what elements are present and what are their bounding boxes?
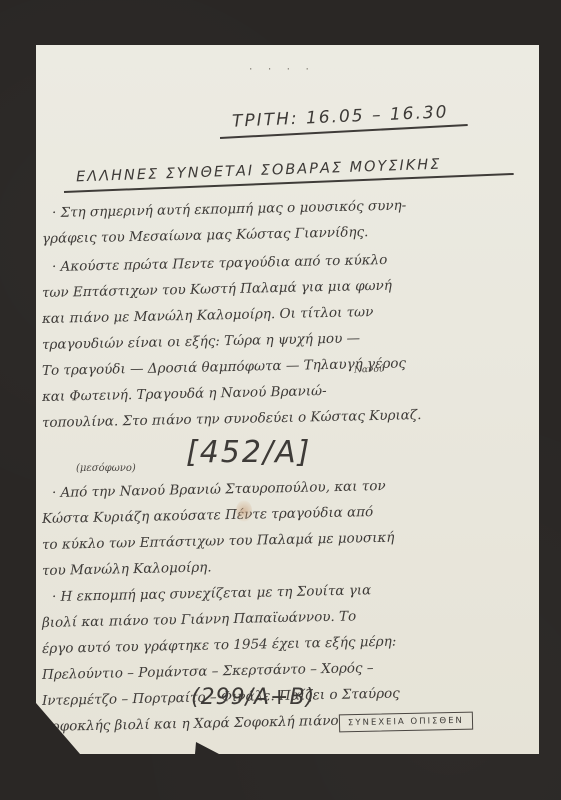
text-line: Κώστα Κυριάζη ακούσατε Πέντε τραγούδια α… [42, 504, 374, 527]
text-line: το κύκλο των Επτάστιχων του Παλαμά με μο… [42, 530, 395, 553]
recording-reference: [452/A] [186, 435, 311, 470]
continued-overleaf-box: ΣΥΝΕΧΕΙΑ ΟΠΙΣΘΕΝ [339, 712, 473, 733]
text-line: έργο αυτό του γράφτηκε το 1954 έχει τα ε… [42, 634, 397, 657]
text-line: · Ακούστε πρώτα Πεντε τραγούδια από το κ… [52, 252, 388, 275]
text-line: του Μανώλη Καλομοίρη. [42, 559, 212, 579]
manuscript-page: · · · · ΤΡΙΤΗ: 16.05 – 16.30 ΕΛΛΗΝΕΣ ΣΥΝ… [36, 45, 539, 754]
paper-stain [236, 500, 252, 522]
text-line: · Στη σημερινή αυτή εκπομπή μας ο μουσικ… [52, 198, 407, 221]
text-line: τοπουλίνα. Στο πιάνο την συνοδεύει ο Κώσ… [42, 407, 422, 431]
text-line: και πιάνο με Μανώλη Καλομοίρη. Οι τίτλοι… [42, 304, 374, 327]
top-marks: · · · · [248, 65, 314, 75]
text-line: τραγουδιών είναι οι εξής: Τώρα η ψυχή μο… [42, 330, 360, 353]
text-line: · Η εκπομπή μας συνεχίζεται με τη Σουίτα… [52, 582, 372, 605]
text-line: και Φωτεινή. Τραγουδά η Νανού Βρανιώ- [42, 383, 327, 405]
insertion-note: Νανού [354, 364, 385, 375]
text-line: Σοφοκλής βιολί και η Χαρά Σοφοκλή πιάνο [42, 713, 339, 735]
text-line: των Επτάστιχων του Κωστή Παλαμά για μια … [42, 278, 392, 301]
recording-reference-2: (299/A+B) [191, 685, 315, 710]
text-line: βιολί και πιάνο του Γιάννη Παπαϊωάννου. … [42, 608, 357, 631]
program-title: ΕΛΛΗΝΕΣ ΣΥΝΘΕΤΑΙ ΣΟΒΑΡΑΣ ΜΟΥΣΙΚΗΣ [76, 157, 442, 186]
text-line: Πρελούντιο – Ρομάντσα – Σκερτσάντο – Χορ… [42, 660, 374, 683]
text-line: Το τραγούδι — Δροσιά θαμπόφωτα — Τηλαυγή… [42, 355, 406, 379]
text-line: γράφεις του Μεσαίωνα μας Κώστας Γιαννίδη… [42, 224, 369, 247]
margin-note: (μεσόφωνο) [76, 463, 136, 474]
text-line: · Από την Νανού Βρανιώ Σταυροπούλου, και… [52, 478, 386, 501]
